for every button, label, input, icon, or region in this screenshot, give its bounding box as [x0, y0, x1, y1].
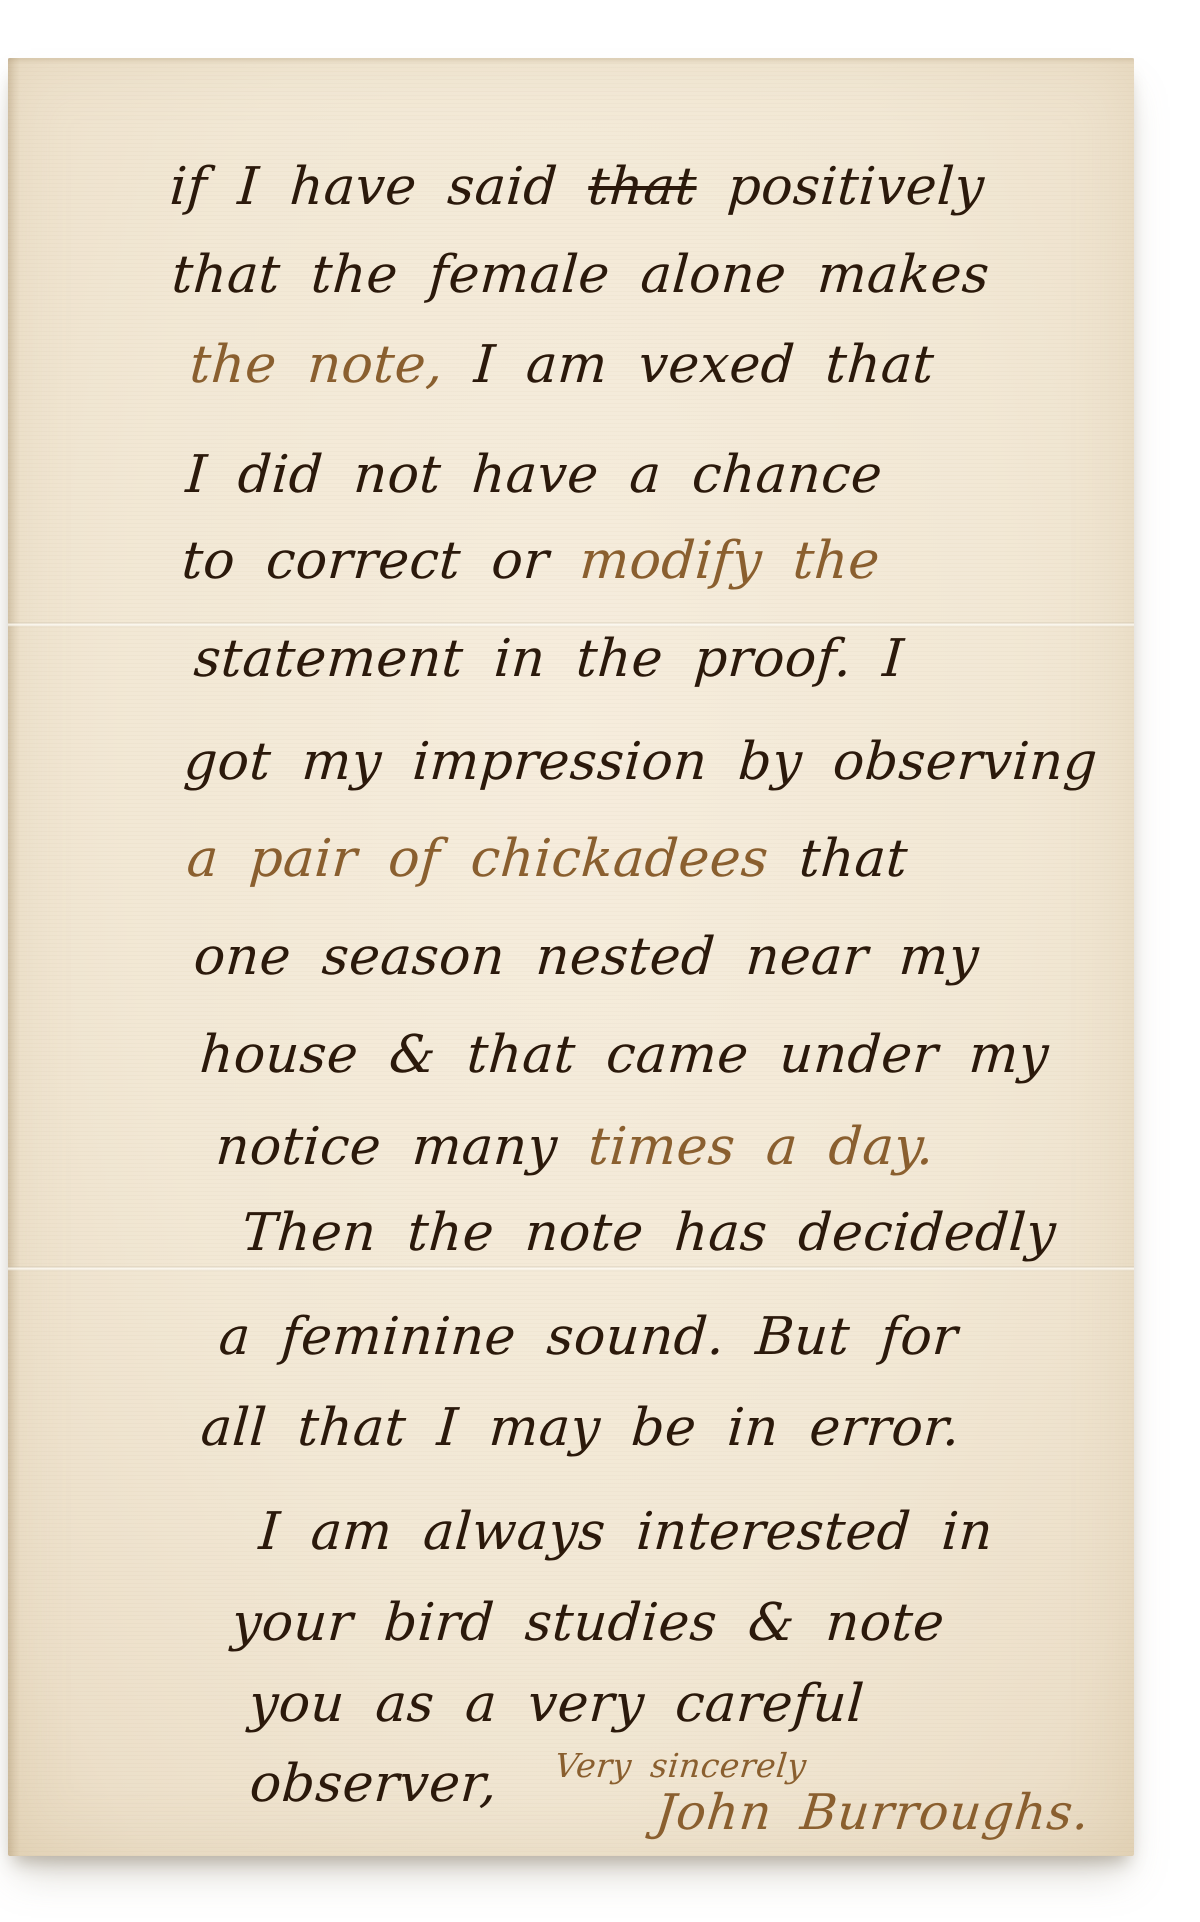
letter-text: I am always interested in	[257, 1502, 995, 1562]
letter-line: that the female alone makes	[170, 246, 991, 304]
valediction: Very sincerely	[553, 1746, 809, 1785]
letter-text: your bird studies & note	[230, 1593, 947, 1653]
letter-text: a feminine sound. But for	[217, 1307, 960, 1367]
letter-text: positively	[695, 157, 987, 217]
paper-top-edge	[8, 58, 1134, 64]
letter-text: observer,	[248, 1754, 499, 1814]
letter-line: got my impression by observing	[182, 733, 1099, 791]
letter-text: a pair of	[185, 829, 473, 889]
letter-line: observer,	[248, 1755, 499, 1813]
letter-text: modify the	[578, 531, 882, 591]
letter-line: to correct or modify the	[180, 532, 882, 590]
letter-line: you as a very careful	[247, 1675, 866, 1733]
letter-text: that	[797, 829, 909, 889]
letter-line: a pair of chickadees that	[185, 830, 910, 888]
letter-text: Then the note has decidedly	[240, 1203, 1058, 1263]
letter-line: the note, I am vexed that	[188, 336, 936, 394]
struck-word: that	[586, 157, 698, 217]
signature: John Burroughs.	[653, 1784, 1093, 1841]
letter-line: house & that came under my	[198, 1026, 1051, 1084]
letter-text: to correct or	[180, 531, 582, 591]
fold-crease-upper	[8, 622, 1134, 627]
letter-text: house & that came under my	[198, 1025, 1051, 1085]
letter-text: got my impression by observing	[182, 732, 1100, 792]
letter-line: one season nested near my	[192, 928, 981, 986]
letter-text: if I have said	[168, 157, 590, 217]
letter-text: notice many	[214, 1117, 591, 1177]
letter-line: Then the note has decidedly	[240, 1204, 1058, 1262]
letter-line: a feminine sound. But for	[217, 1308, 960, 1366]
letter-line: all that I may be in error.	[199, 1399, 962, 1457]
letter-line: I did not have a chance	[184, 446, 884, 504]
letter-text: I am vexed that	[472, 335, 936, 395]
letter-text: you as a very careful	[247, 1674, 866, 1734]
fold-crease-lower	[8, 1266, 1134, 1271]
photograph-background: if I have said that positivelythat the f…	[0, 0, 1200, 1922]
letter-line: if I have said that positively	[168, 158, 986, 216]
letter-text: all that I may be in error.	[199, 1398, 962, 1458]
letter-page: if I have said that positivelythat the f…	[8, 58, 1134, 1856]
letter-line: notice many times a day.	[214, 1118, 936, 1176]
letter-line: I am always interested in	[257, 1503, 995, 1561]
letter-text: one season nested near my	[192, 927, 981, 987]
letter-text: the note,	[188, 335, 476, 395]
letter-text: chickadees	[469, 829, 802, 889]
letter-text: statement in the proof. I	[192, 629, 906, 689]
letter-line: your bird studies & note	[230, 1594, 946, 1652]
letter-text: I did not have a chance	[184, 445, 884, 505]
letter-text: times a day.	[586, 1117, 936, 1177]
letter-line: statement in the proof. I	[192, 630, 906, 688]
letter-text: that the female alone makes	[170, 245, 991, 305]
torn-left-edge	[8, 58, 20, 1856]
